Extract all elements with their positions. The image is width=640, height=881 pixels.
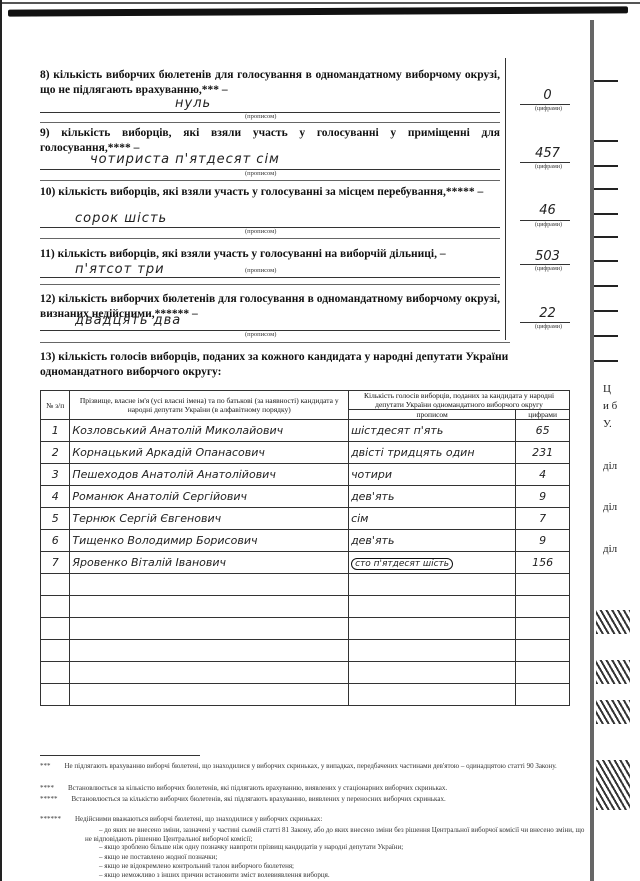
item-8-digits-rule — [520, 104, 570, 105]
candidate-name-text: Тернюк Сергій Євгенович — [72, 512, 221, 525]
row-number-text: 1 — [52, 424, 59, 437]
candidate-name: Тернюк Сергій Євгенович — [70, 508, 349, 530]
candidate-name-text: Пешеходов Анатолій Анатолійович — [72, 468, 275, 481]
candidate-name-text: Козловський Анатолій Миколайович — [72, 424, 283, 437]
footnote-rule — [40, 755, 200, 756]
votes-words-text: двісті тридцять один — [351, 446, 474, 459]
footnote: ***Не підлягають врахуванню виборчі бюле… — [40, 762, 585, 771]
item-12-digits: 22 — [525, 306, 570, 321]
row-number-text: 5 — [52, 512, 59, 525]
table-row — [41, 684, 570, 706]
votes-words — [349, 618, 516, 640]
table-row: 5Тернюк Сергій Євгеновичсім7 — [41, 508, 570, 530]
item-10-words: сорок шість — [75, 211, 167, 226]
adjacent-page-text: діл — [603, 543, 617, 555]
footnote: ****Встановлюється за кількістю виборчих… — [40, 784, 540, 793]
table-row — [41, 640, 570, 662]
votes-words-text: сім — [351, 512, 368, 525]
votes-digits-text: 156 — [532, 556, 553, 569]
votes-words: дев'ять — [349, 530, 516, 552]
adjacent-page-text: діл — [603, 501, 617, 513]
signature-scribble — [596, 700, 630, 724]
table-row — [41, 662, 570, 684]
divider — [40, 238, 500, 239]
votes-digits — [516, 618, 570, 640]
divider — [40, 180, 500, 181]
votes-words-text: дев'ять — [351, 534, 394, 547]
votes-digits: 156 — [516, 552, 570, 574]
item-10-label: 10) кількість виборців, які взяли участь… — [40, 185, 500, 200]
item-11-digits: 503 — [525, 249, 570, 264]
votes-words-text: сто п'ятдесят шість — [351, 558, 453, 570]
votes-digits — [516, 662, 570, 684]
votes-words — [349, 640, 516, 662]
row-number — [41, 662, 70, 684]
votes-words: дев'ять — [349, 486, 516, 508]
item-12-words: двадцять два — [75, 313, 181, 328]
item-9-digits-rule — [520, 162, 570, 163]
candidate-name — [70, 640, 349, 662]
item-12-digits-caption: (цифрами) — [535, 324, 562, 330]
scan-left-edge — [0, 0, 2, 881]
candidate-name — [70, 574, 349, 596]
item-11-words: п'ятсот три — [75, 262, 165, 277]
row-number: 1 — [41, 420, 70, 442]
item-10-words-caption: (прописом) — [245, 228, 276, 235]
footnote: – якщо не поставлено жодної позначки; — [85, 853, 585, 862]
header-number: № з/п — [41, 391, 70, 420]
item-11-digits-rule — [520, 264, 570, 265]
item-11-label: 11) кількість виборців, які взяли участь… — [40, 247, 500, 262]
row-number-text: 6 — [52, 534, 59, 547]
candidate-name: Козловський Анатолій Миколайович — [70, 420, 349, 442]
item-8-label: 8) кількість виборчих бюлетенів для голо… — [40, 68, 500, 98]
candidate-name: Яровенко Віталій Іванович — [70, 552, 349, 574]
footnote-text: – до яких не внесено зміни, зазначені у … — [85, 826, 584, 843]
votes-digits — [516, 684, 570, 706]
votes-digits-text: 65 — [536, 424, 550, 437]
footnote-text: – якщо не відокремлено контрольний талон… — [99, 862, 294, 870]
votes-words: шістдесят п'ять — [349, 420, 516, 442]
candidate-name-text: Яровенко Віталій Іванович — [72, 556, 226, 569]
votes-digits-text: 4 — [539, 468, 546, 481]
row-number: 3 — [41, 464, 70, 486]
item-11-digits-caption: (цифрами) — [535, 266, 562, 272]
votes-words — [349, 662, 516, 684]
row-number-text: 4 — [52, 490, 59, 503]
item-10-digits: 46 — [525, 203, 570, 218]
row-number: 2 — [41, 442, 70, 464]
footnote-mark: ****** — [40, 815, 61, 823]
footnote-text: Встановлюється за кількістю виборчих бюл… — [68, 784, 447, 792]
footnote-mark: ***** — [40, 795, 58, 803]
row-number-text: 7 — [52, 556, 59, 569]
candidate-name: Тищенко Володимир Борисович — [70, 530, 349, 552]
adjacent-page-text: У. — [603, 418, 612, 430]
table-row: 3Пешеходов Анатолій Анатолійовиччотири4 — [41, 464, 570, 486]
row-number: 6 — [41, 530, 70, 552]
votes-digits: 65 — [516, 420, 570, 442]
candidates-table: № з/п Прізвище, власне ім'я (усі власні … — [40, 390, 570, 706]
votes-digits-text: 9 — [539, 534, 546, 547]
adjacent-page-text: и б — [603, 400, 617, 412]
table-row: 1Козловський Анатолій Миколайовичшістдес… — [41, 420, 570, 442]
footnote-text: Не підлягають врахуванню виборчі бюлетен… — [65, 762, 557, 770]
signature-scribble — [596, 660, 630, 684]
table-row: 7Яровенко Віталій Івановичсто п'ятдесят … — [41, 552, 570, 574]
row-number-text: 3 — [52, 468, 59, 481]
votes-digits: 9 — [516, 530, 570, 552]
votes-digits-text: 9 — [539, 490, 546, 503]
footnote-mark: *** — [40, 762, 51, 770]
votes-words — [349, 596, 516, 618]
footnote-text: – якщо не поставлено жодної позначки; — [99, 853, 217, 861]
signature-scribble — [596, 610, 630, 634]
row-number — [41, 574, 70, 596]
item-9-words: чотириста п'ятдесят сім — [90, 152, 280, 167]
table-row — [41, 596, 570, 618]
footnote: – до яких не внесено зміни, зазначені у … — [85, 826, 585, 844]
adjacent-page-text: діл — [603, 460, 617, 472]
row-number — [41, 684, 70, 706]
votes-digits-text: 7 — [539, 512, 546, 525]
table-row: 6Тищенко Володимир Борисовичдев'ять9 — [41, 530, 570, 552]
item-11-rule — [40, 277, 500, 278]
votes-words-text: шістдесят п'ять — [351, 424, 443, 437]
item-10-digits-rule — [520, 220, 570, 221]
candidate-name-text: Тищенко Володимир Борисович — [72, 534, 257, 547]
item-8-digits: 0 — [525, 88, 570, 103]
votes-digits: 4 — [516, 464, 570, 486]
candidate-name-text: Корнацький Аркадій Опанасович — [72, 446, 265, 459]
row-number-text: 2 — [52, 446, 59, 459]
footnote: – якщо зроблено більше ніж одну позначку… — [85, 843, 585, 852]
votes-digits — [516, 640, 570, 662]
votes-words: сто п'ятдесят шість — [349, 552, 516, 574]
header-words: прописом — [349, 410, 516, 420]
item-12-digits-rule — [520, 322, 570, 323]
footnote-text: – якщо зроблено більше ніж одну позначку… — [99, 843, 403, 851]
item-9-words-caption: (прописом) — [245, 170, 276, 177]
table-row: 4Романюк Анатолій Сергійовичдев'ять9 — [41, 486, 570, 508]
votes-digits-text: 231 — [532, 446, 553, 459]
footnote-text: Встановлюється за кількістю виборчих бюл… — [72, 795, 446, 803]
divider — [40, 284, 500, 285]
divider — [40, 122, 500, 123]
item-10-digits-caption: (цифрами) — [535, 222, 562, 228]
candidate-name — [70, 618, 349, 640]
footnote: – якщо не відокремлено контрольний талон… — [85, 862, 585, 871]
votes-digits: 9 — [516, 486, 570, 508]
row-number: 5 — [41, 508, 70, 530]
row-number: 4 — [41, 486, 70, 508]
footnote-mark: **** — [40, 784, 54, 792]
footnote-text: – якщо неможливо з інших причин встанови… — [99, 871, 330, 879]
votes-words — [349, 684, 516, 706]
votes-digits — [516, 596, 570, 618]
section-13-title: 13) кількість голосів виборців, поданих … — [40, 350, 580, 380]
votes-words: двісті тридцять один — [349, 442, 516, 464]
digits-column-divider — [505, 58, 506, 340]
footnote: *****Встановлюється за кількістю виборчи… — [40, 795, 540, 804]
item-8-digits-caption: (цифрами) — [535, 106, 562, 112]
row-number — [41, 596, 70, 618]
adjacent-page-text: Ц — [603, 383, 611, 395]
scan-edge — [0, 2, 640, 4]
votes-words: чотири — [349, 464, 516, 486]
item-8-words-caption: (прописом) — [245, 113, 276, 120]
footnote: ******Недійсними вважаються виборчі бюле… — [40, 815, 540, 824]
table-row — [41, 618, 570, 640]
divider — [40, 342, 510, 343]
votes-words — [349, 574, 516, 596]
candidate-name: Корнацький Аркадій Опанасович — [70, 442, 349, 464]
table-row — [41, 574, 570, 596]
votes-words: сім — [349, 508, 516, 530]
scan-black-bar — [8, 6, 628, 16]
candidate-name — [70, 596, 349, 618]
header-name: Прізвище, власне ім'я (усі власні імена)… — [70, 391, 349, 420]
row-number — [41, 618, 70, 640]
votes-digits: 231 — [516, 442, 570, 464]
votes-digits: 7 — [516, 508, 570, 530]
row-number — [41, 640, 70, 662]
table-row: 2Корнацький Аркадій Опанасовичдвісті три… — [41, 442, 570, 464]
adjacent-page-edge — [590, 20, 594, 881]
header-digits: цифрами — [516, 410, 570, 420]
item-11-words-caption: (прописом) — [245, 267, 276, 274]
candidate-name — [70, 684, 349, 706]
header-votes: Кількість голосів виборців, поданих за к… — [349, 391, 570, 410]
item-9-digits-caption: (цифрами) — [535, 164, 562, 170]
signature-scribble — [596, 760, 630, 810]
item-12-words-caption: (прописом) — [245, 331, 276, 338]
row-number: 7 — [41, 552, 70, 574]
footnote: – якщо неможливо з інших причин встанови… — [85, 871, 585, 880]
votes-words-text: дев'ять — [351, 490, 394, 503]
candidate-name-text: Романюк Анатолій Сергійович — [72, 490, 247, 503]
candidate-name — [70, 662, 349, 684]
candidate-name: Романюк Анатолій Сергійович — [70, 486, 349, 508]
candidate-name: Пешеходов Анатолій Анатолійович — [70, 464, 349, 486]
item-8-words: нуль — [175, 96, 211, 111]
votes-digits — [516, 574, 570, 596]
votes-words-text: чотири — [351, 468, 392, 481]
footnote-text: Недійсними вважаються виборчі бюлетені, … — [75, 815, 322, 823]
item-9-digits: 457 — [525, 146, 570, 161]
